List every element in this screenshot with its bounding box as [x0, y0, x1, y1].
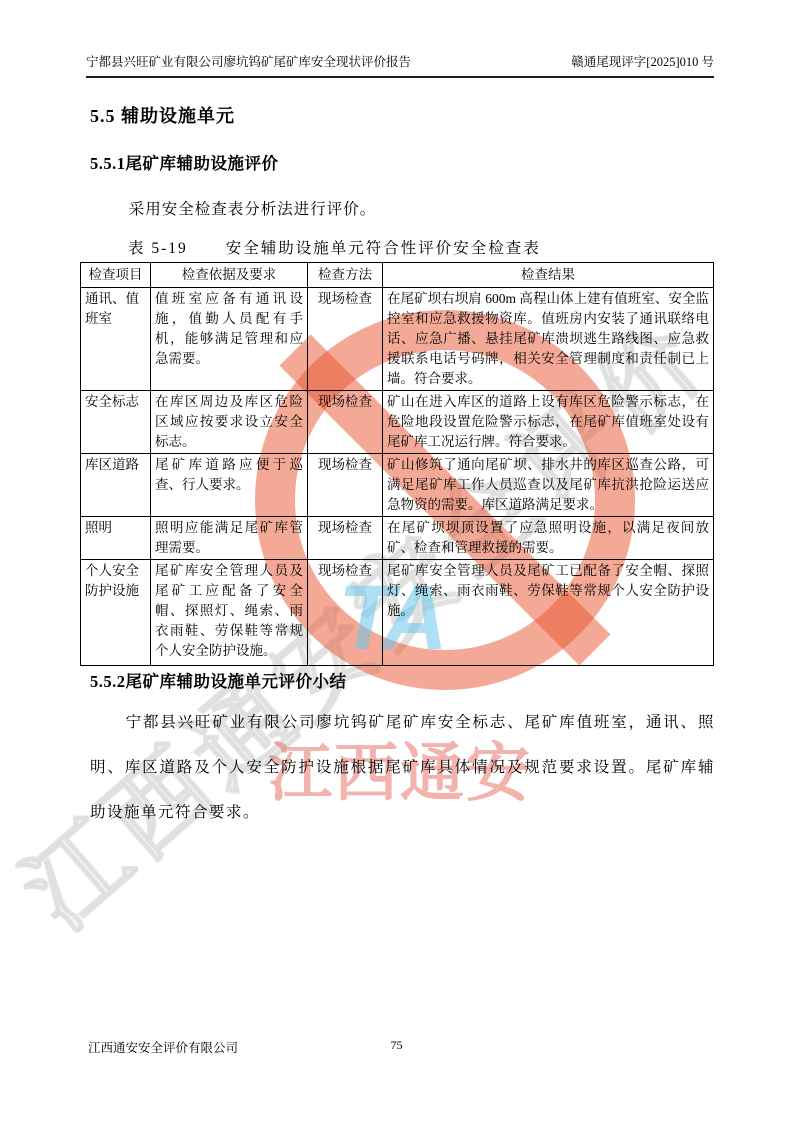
table-row: 个人安全防护设施 尾矿库安全管理人员及尾矿工应配备了安全帽、探照灯、绳索、雨衣雨…	[81, 560, 714, 666]
cell-method: 现场检查	[308, 517, 383, 560]
cell-basis: 照明应能满足尾矿库管理需要。	[151, 517, 308, 560]
cell-result: 矿山在进入库区的道路上设有库区危险警示标志，在危险地段设置危险警示标志，在尾矿库…	[383, 391, 714, 454]
table-row: 库区道路 尾矿库道路应便于巡查、行人要求。 现场检查 矿山修筑了通向尾矿坝、排水…	[81, 454, 714, 517]
safety-checklist-table: 检查项目 检查依据及要求 检查方法 检查结果 通讯、值班室 值班室应备有通讯设施…	[80, 262, 714, 666]
cell-basis: 值班室应备有通讯设施，值勤人员配有手机，能够满足管理和应急需要。	[151, 288, 308, 391]
paragraph-5-5-1: 采用安全检查表分析法进行评价。	[90, 197, 713, 219]
table-row: 通讯、值班室 值班室应备有通讯设施，值勤人员配有手机，能够满足管理和应急需要。 …	[81, 288, 714, 391]
table-caption-title: 安全辅助设施单元符合性评价安全检查表	[226, 236, 541, 258]
cell-item: 照明	[81, 517, 151, 560]
document-page: 宁都县兴旺矿业有限公司廖坑钨矿尾矿库安全现状评价报告 赣通尾现评字[2025]0…	[0, 0, 793, 1122]
cell-result: 在尾矿坝坝顶设置了应急照明设施，以满足夜间放矿、检查和管理救援的需要。	[383, 517, 714, 560]
page-header: 宁都县兴旺矿业有限公司廖坑钨矿尾矿库安全现状评价报告 赣通尾现评字[2025]0…	[86, 52, 714, 78]
section-heading-5-5-2: 5.5.2尾矿库辅助设施单元评价小结	[90, 668, 347, 692]
table-header-row: 检查项目 检查依据及要求 检查方法 检查结果	[81, 263, 714, 288]
column-header-item: 检查项目	[81, 263, 151, 288]
cell-item: 通讯、值班室	[81, 288, 151, 391]
cell-item: 安全标志	[81, 391, 151, 454]
page-number: 75	[0, 1038, 793, 1053]
table-row: 安全标志 在库区周边及库区危险区域应按要求设立安全标志。 现场检查 矿山在进入库…	[81, 391, 714, 454]
paragraph-5-5-2: 宁都县兴旺矿业有限公司廖坑钨矿尾矿库安全标志、尾矿库值班室，通讯、照明、库区道路…	[90, 700, 715, 835]
section-heading-5-5-1: 5.5.1尾矿库辅助设施评价	[90, 150, 279, 174]
cell-method: 现场检查	[308, 391, 383, 454]
column-header-basis: 检查依据及要求	[151, 263, 308, 288]
cell-item: 库区道路	[81, 454, 151, 517]
column-header-method: 检查方法	[308, 263, 383, 288]
cell-basis: 尾矿库道路应便于巡查、行人要求。	[151, 454, 308, 517]
cell-basis: 在库区周边及库区危险区域应按要求设立安全标志。	[151, 391, 308, 454]
table-row: 照明 照明应能满足尾矿库管理需要。 现场检查 在尾矿坝坝顶设置了应急照明设施，以…	[81, 517, 714, 560]
table-caption-number: 表 5-19	[128, 236, 188, 258]
cell-item: 个人安全防护设施	[81, 560, 151, 666]
cell-basis: 尾矿库安全管理人员及尾矿工应配备了安全帽、探照灯、绳索、雨衣雨鞋、劳保鞋等常规个…	[151, 560, 308, 666]
cell-result: 矿山修筑了通向尾矿坝、排水井的库区巡查公路，可满足尾矿库工作人员巡查以及尾矿库抗…	[383, 454, 714, 517]
table-caption: 表 5-19 安全辅助设施单元符合性评价安全检查表	[128, 236, 541, 258]
header-report-title: 宁都县兴旺矿业有限公司廖坑钨矿尾矿库安全现状评价报告	[86, 52, 411, 70]
cell-method: 现场检查	[308, 560, 383, 666]
header-doc-number: 赣通尾现评字[2025]010 号	[571, 52, 714, 70]
cell-method: 现场检查	[308, 288, 383, 391]
cell-method: 现场检查	[308, 454, 383, 517]
cell-result: 在尾矿坝右坝肩 600m 高程山体上建有值班室、安全监控室和应急救援物资库。值班…	[383, 288, 714, 391]
section-heading-5-5: 5.5 辅助设施单元	[90, 102, 235, 128]
cell-result: 尾矿库安全管理人员及尾矿工已配备了安全帽、探照灯、绳索、雨衣雨鞋、劳保鞋等常规个…	[383, 560, 714, 666]
column-header-result: 检查结果	[383, 263, 714, 288]
